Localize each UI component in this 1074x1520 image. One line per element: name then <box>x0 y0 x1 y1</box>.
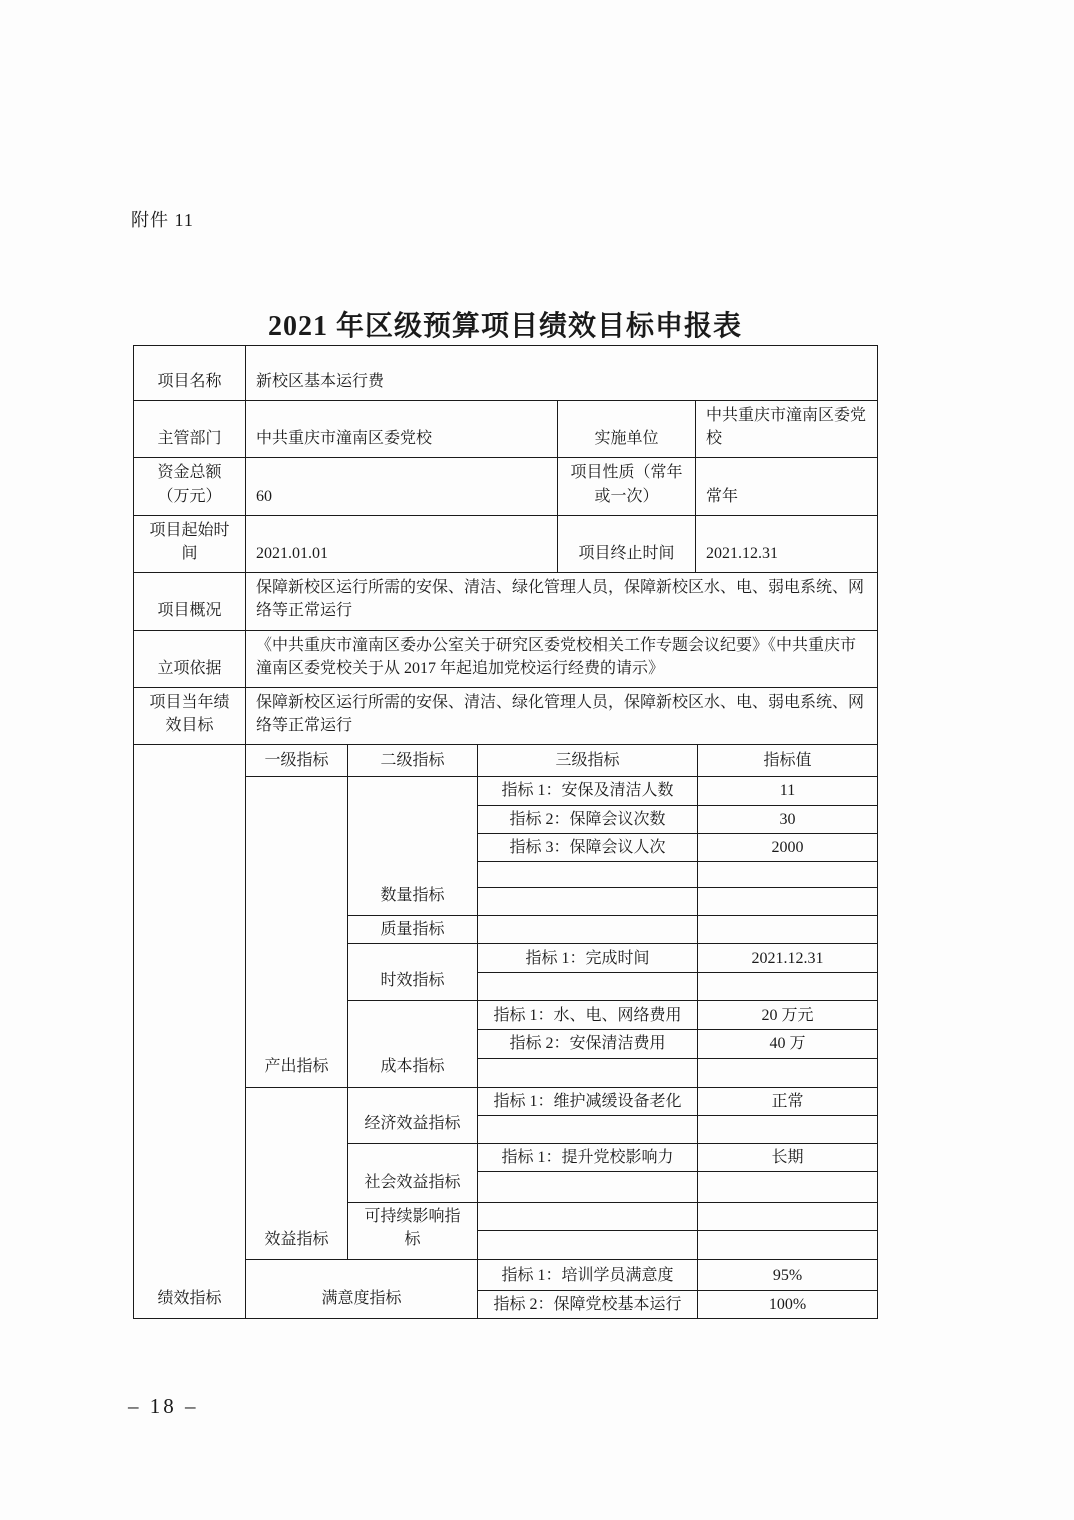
indicator-value: 2000 <box>698 833 878 861</box>
empty-cell <box>698 916 878 944</box>
indicator-name: 指标 3：保障会议人次 <box>478 833 698 861</box>
empty-cell <box>478 1058 698 1087</box>
indicator-row: 产出指标 数量指标 指标 1：安保及清洁人数 11 <box>134 776 878 805</box>
empty-cell <box>478 888 698 916</box>
empty-cell <box>478 1202 698 1230</box>
empty-cell <box>478 1230 698 1259</box>
empty-cell <box>478 916 698 944</box>
indicator-value: 100% <box>698 1291 878 1319</box>
table-row: 主管部门 中共重庆市潼南区委党校 实施单位 中共重庆市潼南区委党校 <box>134 401 878 458</box>
project-nature-label: 项目性质（常年或一次） <box>558 458 696 515</box>
level1-output-label: 产出指标 <box>246 776 348 1087</box>
total-fund-value: 60 <box>246 458 558 515</box>
project-name-label: 项目名称 <box>134 346 246 401</box>
implement-unit-label: 实施单位 <box>558 401 696 458</box>
overview-value: 保障新校区运行所需的安保、清洁、绿化管理人员，保障新校区水、电、弱电系统、网络等… <box>246 573 878 630</box>
indicator-name: 指标 1：完成时间 <box>478 944 698 973</box>
empty-cell <box>698 862 878 888</box>
indicator-name: 指标 1：培训学员满意度 <box>478 1260 698 1291</box>
empty-cell <box>478 862 698 888</box>
indicator-value: 11 <box>698 776 878 805</box>
header-level2: 二级指标 <box>348 744 478 776</box>
empty-cell <box>698 888 878 916</box>
project-nature-value: 常年 <box>696 458 878 515</box>
empty-cell <box>698 1202 878 1230</box>
indicator-name: 指标 1：维护减缓设备老化 <box>478 1087 698 1115</box>
level2-quality-label: 质量指标 <box>348 916 478 944</box>
start-time-value: 2021.01.01 <box>246 515 558 572</box>
form-table-container: 项目名称 新校区基本运行费 主管部门 中共重庆市潼南区委党校 实施单位 中共重庆… <box>133 345 877 1319</box>
page-number: – 18 – <box>128 1394 199 1419</box>
document-page: { "page": { "attachment_label": "附件 11",… <box>0 0 1074 1520</box>
indicator-name: 指标 1：安保及清洁人数 <box>478 776 698 805</box>
basis-value: 《中共重庆市潼南区委办公室关于研究区委党校相关工作专题会议纪要》《中共重庆市潼南… <box>246 630 878 687</box>
level2-economic-label: 经济效益指标 <box>348 1087 478 1143</box>
implement-unit-value: 中共重庆市潼南区委党校 <box>696 401 878 458</box>
empty-cell <box>698 1230 878 1259</box>
table-row: 项目概况 保障新校区运行所需的安保、清洁、绿化管理人员，保障新校区水、电、弱电系… <box>134 573 878 630</box>
indicator-value: 95% <box>698 1260 878 1291</box>
empty-cell <box>698 1171 878 1202</box>
level1-benefit-label: 效益指标 <box>246 1087 348 1260</box>
end-time-label: 项目终止时间 <box>558 515 696 572</box>
annual-goal-label: 项目当年绩效目标 <box>134 687 246 744</box>
indicator-row: 效益指标 经济效益指标 指标 1：维护减缓设备老化 正常 <box>134 1087 878 1115</box>
indicator-name: 指标 2：保障会议次数 <box>478 805 698 833</box>
indicator-name: 指标 2：安保清洁费用 <box>478 1030 698 1058</box>
attachment-label: 附件 11 <box>131 206 194 232</box>
indicator-value: 20 万元 <box>698 1001 878 1030</box>
indicator-name: 指标 1：水、电、网络费用 <box>478 1001 698 1030</box>
indicator-value: 正常 <box>698 1087 878 1115</box>
header-level1: 一级指标 <box>246 744 348 776</box>
empty-cell <box>478 1115 698 1143</box>
level2-sustainable-label: 可持续影响指标 <box>348 1202 478 1259</box>
performance-indicator-table: 绩效指标 一级指标 二级指标 三级指标 指标值 产出指标 数量指标 指标 1：安… <box>133 744 878 1320</box>
level2-satisfaction-label: 满意度指标 <box>246 1260 478 1319</box>
empty-cell <box>698 1115 878 1143</box>
indicator-name: 指标 1：提升党校影响力 <box>478 1143 698 1171</box>
indicator-value: 40 万 <box>698 1030 878 1058</box>
header-value: 指标值 <box>698 744 878 776</box>
level2-timeliness-label: 时效指标 <box>348 944 478 1001</box>
project-name-value: 新校区基本运行费 <box>246 346 878 401</box>
table-row: 项目当年绩效目标 保障新校区运行所需的安保、清洁、绿化管理人员，保障新校区水、电… <box>134 687 878 744</box>
indicator-value: 30 <box>698 805 878 833</box>
end-time-value: 2021.12.31 <box>696 515 878 572</box>
indicator-row: 满意度指标 指标 1：培训学员满意度 95% <box>134 1260 878 1291</box>
empty-cell <box>478 1171 698 1202</box>
indicator-value: 2021.12.31 <box>698 944 878 973</box>
level2-cost-label: 成本指标 <box>348 1001 478 1087</box>
start-time-label: 项目起始时间 <box>134 515 246 572</box>
level2-social-label: 社会效益指标 <box>348 1143 478 1202</box>
basis-label: 立项依据 <box>134 630 246 687</box>
annual-goal-value: 保障新校区运行所需的安保、清洁、绿化管理人员，保障新校区水、电、弱电系统、网络等… <box>246 687 878 744</box>
header-level3: 三级指标 <box>478 744 698 776</box>
table-row: 立项依据 《中共重庆市潼南区委办公室关于研究区委党校相关工作专题会议纪要》《中共… <box>134 630 878 687</box>
department-label: 主管部门 <box>134 401 246 458</box>
empty-cell <box>698 1058 878 1087</box>
table-row: 资金总额（万元） 60 项目性质（常年或一次） 常年 <box>134 458 878 515</box>
page-title: 2021 年区级预算项目绩效目标申报表 <box>133 304 877 344</box>
overview-label: 项目概况 <box>134 573 246 630</box>
empty-cell <box>698 973 878 1001</box>
indicator-header-row: 绩效指标 一级指标 二级指标 三级指标 指标值 <box>134 744 878 776</box>
indicator-value: 长期 <box>698 1143 878 1171</box>
table-row: 项目名称 新校区基本运行费 <box>134 346 878 401</box>
performance-section-label: 绩效指标 <box>134 744 246 1319</box>
project-info-table: 项目名称 新校区基本运行费 主管部门 中共重庆市潼南区委党校 实施单位 中共重庆… <box>133 345 878 745</box>
level2-quantity-label: 数量指标 <box>348 776 478 915</box>
total-fund-label: 资金总额（万元） <box>134 458 246 515</box>
table-row: 项目起始时间 2021.01.01 项目终止时间 2021.12.31 <box>134 515 878 572</box>
department-value: 中共重庆市潼南区委党校 <box>246 401 558 458</box>
indicator-name: 指标 2：保障党校基本运行 <box>478 1291 698 1319</box>
empty-cell <box>478 973 698 1001</box>
